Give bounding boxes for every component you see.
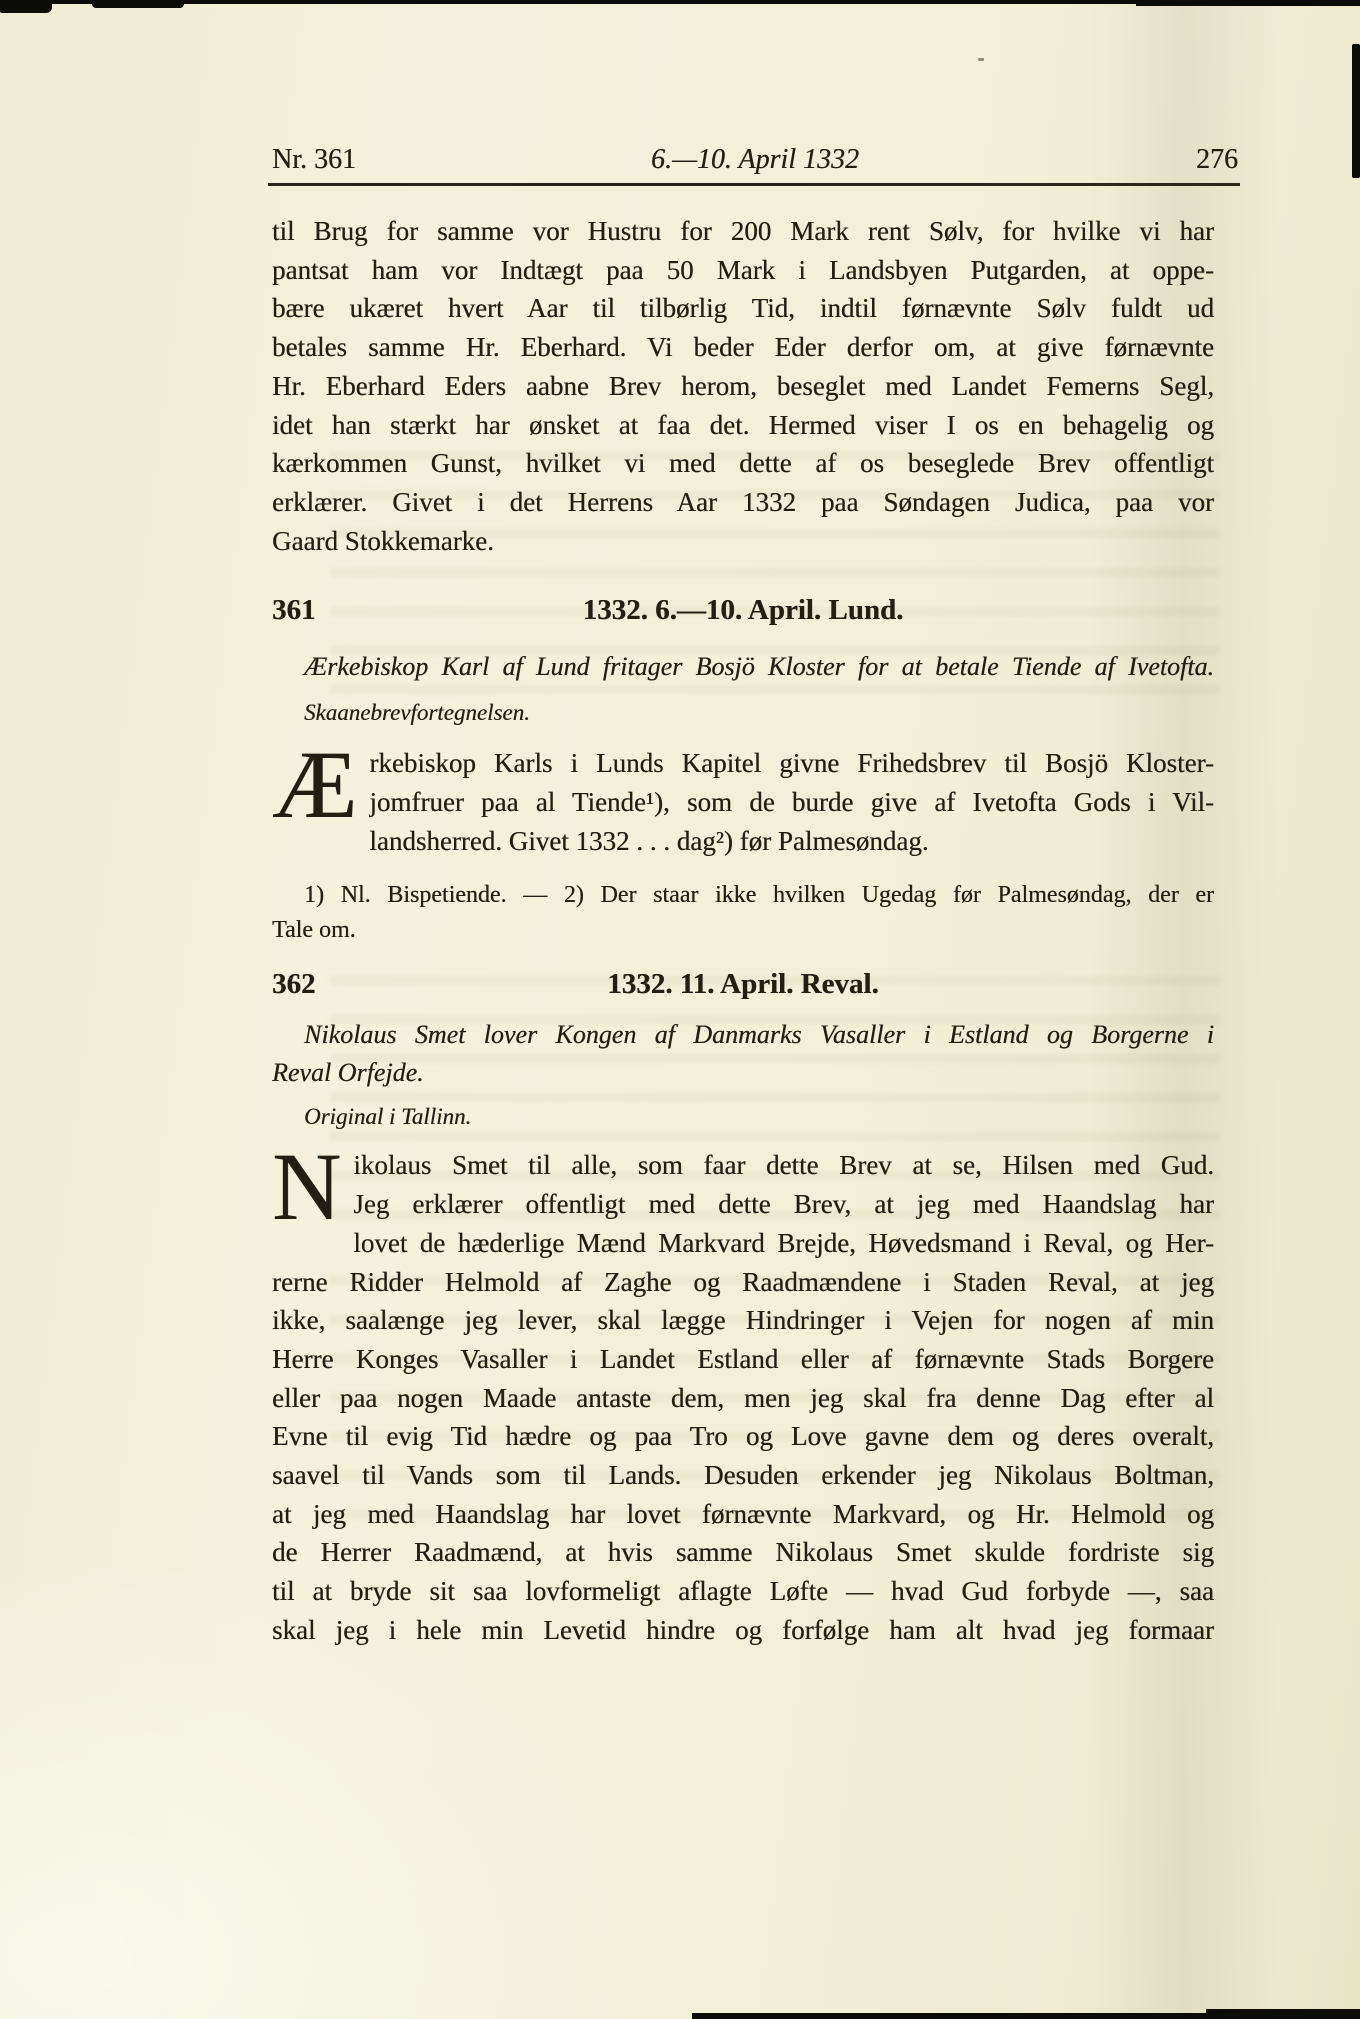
text-line: lovet de hæderlige Mænd Markvard Brejde,… bbox=[353, 1224, 1214, 1263]
text-line: betales samme Hr. Eberhard. Vi beder Ede… bbox=[272, 328, 1214, 367]
scan-artifact-top-right bbox=[1136, 0, 1360, 6]
entry-362-body-lines: ikolaus Smet til alle, som faar dette Br… bbox=[272, 1146, 1214, 1649]
text-line: eller paa nogen Maade antaste dem, men j… bbox=[272, 1379, 1214, 1418]
text-line: ikolaus Smet til alle, som faar dette Br… bbox=[353, 1146, 1214, 1185]
entry-date-place: 1332. 6.—10. April. Lund. bbox=[583, 594, 904, 627]
text-line: Gaard Stokkemarke. bbox=[272, 522, 1214, 561]
entry-362-heading: 362 1332. 11. April. Reval. bbox=[272, 968, 1214, 1008]
text-line: Tale om. bbox=[272, 913, 1214, 948]
text-line: de Herrer Raadmænd, at hvis samme Nikola… bbox=[272, 1533, 1214, 1572]
header-entry-number: Nr. 361 bbox=[272, 144, 356, 176]
entry-date-place: 1332. 11. April. Reval. bbox=[607, 968, 878, 1001]
scan-artifact-right-edge bbox=[1352, 44, 1360, 178]
entry-number: 361 bbox=[272, 594, 316, 627]
text-line: pantsat ham vor Indtægt paa 50 Mark i La… bbox=[272, 251, 1214, 290]
entry-361-body-lines: rkebiskop Karls i Lunds Kapitel givne Fr… bbox=[272, 744, 1214, 860]
text-line: jomfruer paa al Tiende¹), som de burde g… bbox=[369, 783, 1214, 822]
text-line: landsherred. Givet 1332 . . . dag²) før … bbox=[369, 822, 1214, 861]
header-rule bbox=[268, 183, 1240, 186]
entry-362-summary: Nikolaus Smet lover Kongen af Danmarks V… bbox=[272, 1016, 1214, 1092]
text-line: erklærer. Givet i det Herrens Aar 1332 p… bbox=[272, 483, 1214, 522]
running-header: Nr. 361 6.—10. April 1332 276 bbox=[272, 144, 1238, 178]
text-line: kærkommen Gunst, hvilket vi med dette af… bbox=[272, 444, 1214, 483]
entry-362-body: N ikolaus Smet til alle, som faar dette … bbox=[272, 1146, 1214, 1649]
header-page-number: 276 bbox=[1196, 144, 1238, 176]
text-line: bære ukæret hvert Aar til tilbørlig Tid,… bbox=[272, 289, 1214, 328]
scan-artifact-top-left bbox=[0, 0, 52, 13]
text-line: idet han stærkt har ønsket at faa det. H… bbox=[272, 406, 1214, 445]
dropcap-letter: Æ bbox=[272, 747, 357, 823]
scan-artifact-top-left-2 bbox=[92, 0, 184, 8]
text-line: ikke, saalænge jeg lever, skal lægge Hin… bbox=[272, 1301, 1214, 1340]
page-content: til Brug for samme vor Hustru for 200 Ma… bbox=[272, 212, 1214, 1650]
entry-361-body: Æ rkebiskop Karls i Lunds Kapitel givne … bbox=[272, 744, 1214, 860]
text-line: Ærkebiskop Karl af Lund fritager Bosjö K… bbox=[272, 648, 1214, 686]
entry-362-source: Original i Tallinn. bbox=[272, 1102, 1214, 1132]
entry-361-heading: 361 1332. 6.—10. April. Lund. bbox=[272, 594, 1214, 634]
text-line: til at bryde sit saa lovformeligt aflagt… bbox=[272, 1572, 1214, 1611]
entry-361-summary: Ærkebiskop Karl af Lund fritager Bosjö K… bbox=[272, 648, 1214, 686]
entry-361-source: Skaanebrevfortegnelsen. bbox=[272, 698, 1214, 728]
text-line: saavel til Vands som til Lands. Desuden … bbox=[272, 1456, 1214, 1495]
text-line: rerne Ridder Helmold af Zaghe og Raadmæn… bbox=[272, 1263, 1214, 1302]
scan-artifact-speck bbox=[978, 58, 984, 61]
text-line: rkebiskop Karls i Lunds Kapitel givne Fr… bbox=[369, 744, 1214, 783]
text-line: Reval Orfejde. bbox=[272, 1054, 1214, 1092]
entry-number: 362 bbox=[272, 968, 316, 1001]
text-line: Evne til evig Tid hædre og paa Tro og Lo… bbox=[272, 1417, 1214, 1456]
dropcap-letter: N bbox=[272, 1149, 341, 1225]
entry-361-footnote: 1) Nl. Bispetiende. — 2) Der staar ikke … bbox=[272, 878, 1214, 948]
text-line: skal jeg i hele min Levetid hindre og fo… bbox=[272, 1611, 1214, 1650]
text-line: Hr. Eberhard Eders aabne Brev herom, bes… bbox=[272, 367, 1214, 406]
text-line: Jeg erklærer offentligt med dette Brev, … bbox=[353, 1185, 1214, 1224]
header-date-range: 6.—10. April 1332 bbox=[651, 144, 859, 176]
continuation-paragraph: til Brug for samme vor Hustru for 200 Ma… bbox=[272, 212, 1214, 560]
text-line: Nikolaus Smet lover Kongen af Danmarks V… bbox=[272, 1016, 1214, 1054]
text-line: Herre Konges Vasaller i Landet Estland e… bbox=[272, 1340, 1214, 1379]
text-line: til Brug for samme vor Hustru for 200 Ma… bbox=[272, 212, 1214, 251]
text-line: 1) Nl. Bispetiende. — 2) Der staar ikke … bbox=[272, 878, 1214, 913]
text-line: at jeg med Haandslag har lovet førnævnte… bbox=[272, 1495, 1214, 1534]
scan-artifact-bottom-right bbox=[1206, 2009, 1360, 2019]
scanned-book-page: Nr. 361 6.—10. April 1332 276 til Brug f… bbox=[0, 0, 1360, 2019]
